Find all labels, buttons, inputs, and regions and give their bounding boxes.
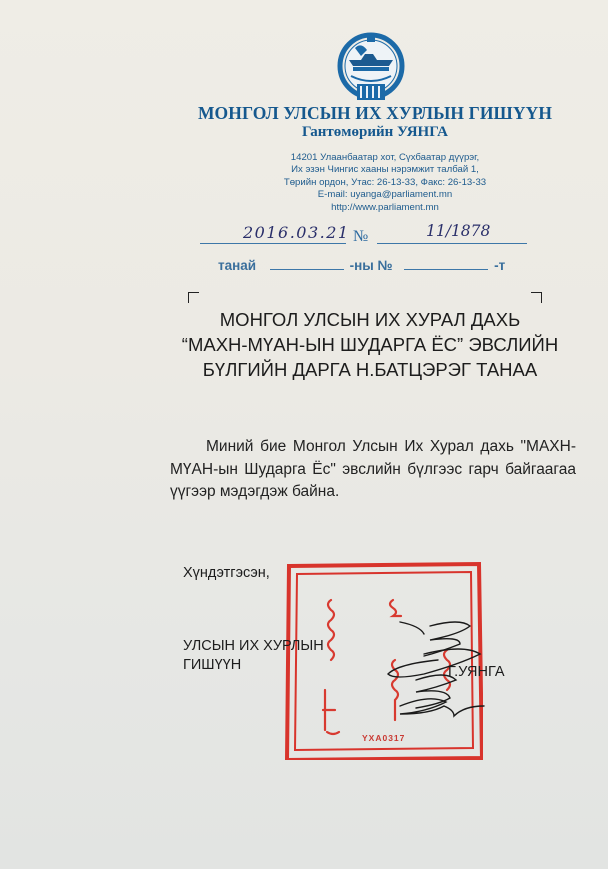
number-line — [377, 243, 527, 244]
ny-number-label: -ны № — [350, 258, 393, 273]
signatory-title: УЛСЫН ИХ ХУРЛЫН ГИШҮҮН — [183, 637, 324, 675]
handwritten-signature-icon — [360, 620, 490, 730]
addressee-line: БҮЛГИЙН ДАРГА Н.БАТЦЭРЭГ ТАНАА — [180, 357, 560, 382]
reply-reference-row: танай -ны № -т — [218, 258, 505, 273]
stamp-code: YXA0317 — [362, 733, 405, 743]
address-line: 14201 Улаанбаатар хот, Сүхбаатар дүүрэг, — [240, 152, 530, 164]
handwritten-date: 2016.03.21 — [243, 223, 350, 242]
blank-field — [270, 269, 344, 270]
addressee-line: “МАХН-МҮАН-ЫН ШУДАРГА ЁС” ЭВСЛИЙН — [180, 332, 560, 357]
organization-title: МОНГОЛ УЛСЫН ИХ ХУРЛЫН ГИШҮҮН — [190, 103, 560, 124]
state-emblem-icon — [333, 28, 409, 108]
corner-mark — [531, 292, 542, 303]
member-name: Гантөмөрийн УЯНГА — [190, 124, 560, 141]
address-line: Төрийн ордон, Утас: 26-13-33, Факс: 26-1… — [240, 177, 530, 189]
addressee-block: МОНГОЛ УЛСЫН ИХ ХУРАЛ ДАХЬ “МАХН-МҮАН-ЫН… — [180, 307, 560, 382]
title-line: ГИШҮҮН — [183, 656, 324, 675]
date-line — [200, 243, 346, 244]
corner-mark — [188, 292, 199, 303]
email-link: E-mail: uyanga@parliament.mn — [240, 189, 530, 201]
body-text: Миний бие Монгол Улсын Их Хурал дахь "МА… — [170, 438, 576, 500]
number-label: № — [353, 228, 368, 246]
body-paragraph: Миний бие Монгол Улсын Их Хурал дахь "МА… — [170, 436, 576, 504]
addressee-line: МОНГОЛ УЛСЫН ИХ ХУРАЛ ДАХЬ — [180, 307, 560, 332]
address-block: 14201 Улаанбаатар хот, Сүхбаатар дүүрэг,… — [240, 152, 530, 214]
handwritten-number: 11/1878 — [426, 222, 490, 240]
blank-field — [404, 269, 488, 270]
address-line: Их эзэн Чингис хааны нэрэмжит талбай 1, — [240, 164, 530, 176]
website-link: http://www.parliament.mn — [240, 202, 530, 214]
closing-text: Хүндэтгэсэн, — [183, 565, 270, 581]
title-line: УЛСЫН ИХ ХУРЛЫН — [183, 637, 324, 656]
your-label: танай — [218, 258, 256, 273]
t-label: -т — [494, 258, 505, 273]
